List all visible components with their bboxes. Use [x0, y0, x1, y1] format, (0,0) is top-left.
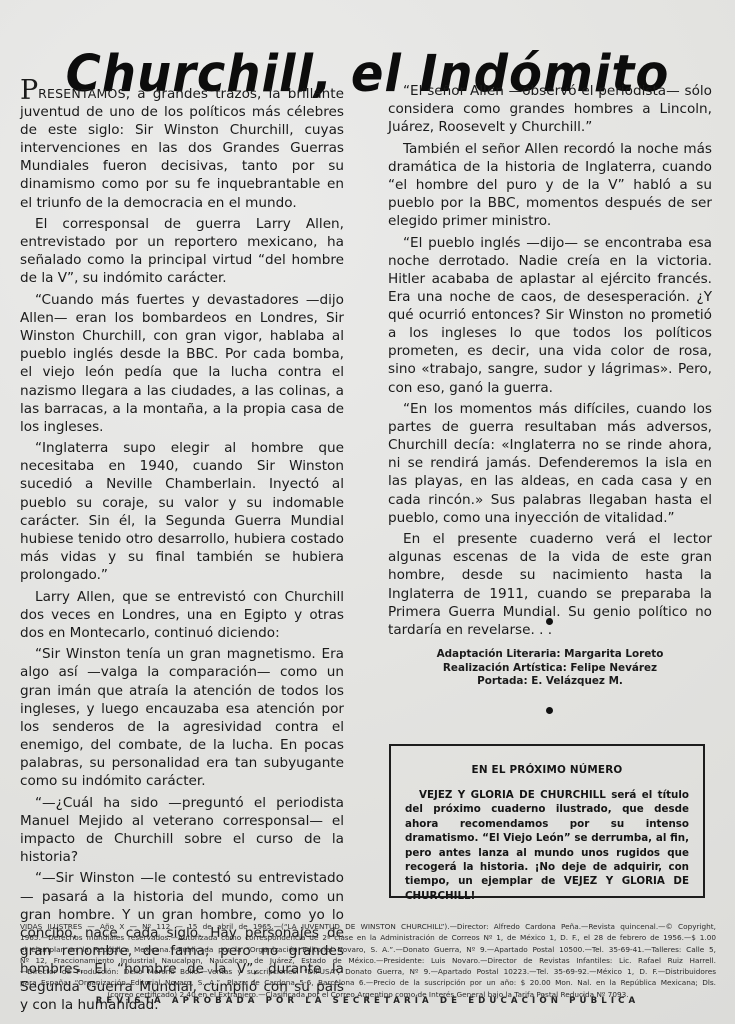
bullet-ornament-bottom [546, 707, 553, 714]
paragraph: También el señor Allen recordó la noche … [388, 140, 712, 230]
paragraph: “Cuando más fuertes y devastadores —dijo… [20, 291, 344, 436]
drop-cap: P [20, 75, 38, 106]
imprint-line: VIDAS ILUSTRES — Año X — Nº 112 — 15 de … [20, 921, 716, 932]
bullet-ornament-top [546, 618, 553, 625]
next-issue-heading: EN EL PRÓXIMO NÚMERO [405, 764, 689, 776]
opening-caps: RESENTAMOS [38, 86, 126, 101]
intro-text: , a grandes trazos, la brillante juventu… [20, 86, 344, 211]
imprint-line: Nº 12, Fraccionamiento Industrial Naucal… [20, 955, 716, 966]
credits: Adaptación Literaria: Margarita Loreto R… [388, 648, 712, 689]
intro-paragraph: PRESENTAMOS, a grandes trazos, la brilla… [20, 82, 344, 212]
imprint-line: el ejemplar en la República Mexicana.—Pu… [20, 944, 716, 955]
imprint-line: 1965.—Derechos mundiales reservados.—Aut… [20, 932, 716, 943]
left-column: PRESENTAMOS, a grandes trazos, la brilla… [20, 82, 344, 1018]
paragraph: “Inglaterra supo elegir al hombre que ne… [20, 439, 344, 584]
next-issue-text: VEJEZ Y GLORIA DE CHURCHILL será el títu… [405, 788, 689, 903]
paragraph: “En los momentos más difíciles, cuando l… [388, 400, 712, 527]
approval-notice: REVISTA APROBADA POR LA SECRETARÍA DE ED… [0, 996, 735, 1006]
paragraph: “—¿Cuál ha sido —preguntó el periodista … [20, 794, 344, 866]
right-column: “El señor Allen —observó el periodista— … [388, 82, 712, 642]
imprint-line: —Director de Producción: Delio Moreno Bo… [20, 966, 716, 977]
paragraph: “El señor Allen —observó el periodista— … [388, 82, 712, 136]
next-issue-box: EN EL PRÓXIMO NÚMERO VEJEZ Y GLORIA DE C… [389, 744, 705, 898]
paragraph: El corresponsal de guerra Larry Allen, e… [20, 215, 344, 287]
imprint-line: para España: “Organización Editorial Nov… [20, 977, 716, 988]
credit-literary-adaptation: Adaptación Literaria: Margarita Loreto [388, 648, 712, 662]
imprint-footer: VIDAS ILUSTRES — Año X — Nº 112 — 15 de … [20, 921, 716, 1000]
paragraph: “El pueblo inglés —dijo— se encontraba e… [388, 234, 712, 397]
credit-cover: Portada: E. Velázquez M. [388, 675, 712, 689]
credit-artistic-realization: Realización Artística: Felipe Nevárez [388, 662, 712, 676]
paragraph: “Sir Winston tenía un gran magnetismo. E… [20, 645, 344, 790]
paragraph: Larry Allen, que se entrevistó con Churc… [20, 588, 344, 642]
